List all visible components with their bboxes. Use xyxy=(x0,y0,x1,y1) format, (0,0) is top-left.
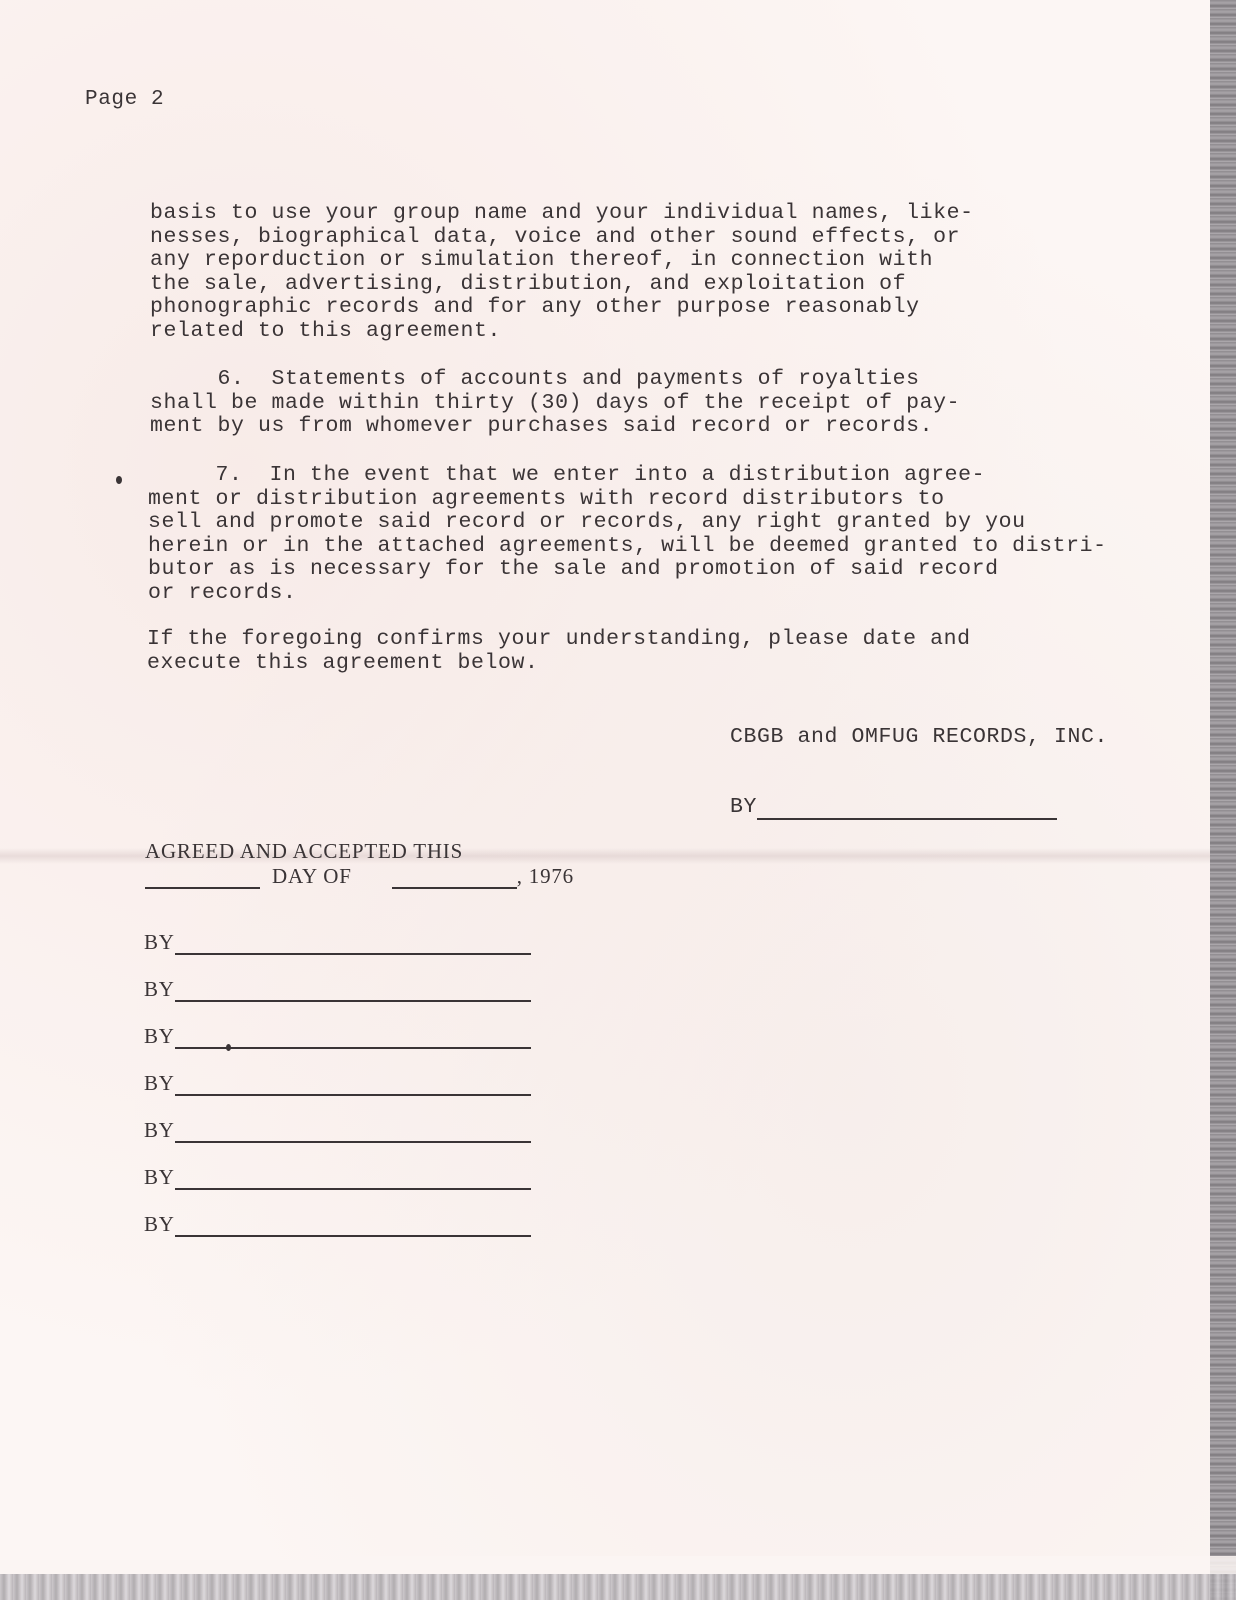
acceptance-date-row: DAY OF , 1976 xyxy=(145,864,574,889)
company-by-label: BY xyxy=(730,796,757,820)
signature-row[interactable]: BY xyxy=(144,1190,531,1237)
paragraph-6: 6. Statements of accounts and payments o… xyxy=(150,368,960,439)
signature-by-label: BY xyxy=(144,977,175,1002)
scan-edge-right xyxy=(1210,0,1236,1600)
signature-row[interactable]: BY xyxy=(144,1096,531,1143)
margin-dot-mark xyxy=(116,476,122,484)
agreed-accepted-label: AGREED AND ACCEPTED THIS xyxy=(145,840,463,864)
signature-by-label: BY xyxy=(144,1118,175,1143)
stray-dot-mark xyxy=(226,1044,231,1051)
signature-field[interactable] xyxy=(175,1170,531,1190)
scan-edge-bottom xyxy=(0,1556,1236,1600)
signature-by-label: BY xyxy=(144,930,175,955)
signature-by-label: BY xyxy=(144,1165,175,1190)
signature-field[interactable] xyxy=(175,935,531,955)
signature-by-label: BY xyxy=(144,1024,175,1049)
signature-by-label: BY xyxy=(144,1071,175,1096)
signature-row[interactable]: BY xyxy=(144,1049,531,1096)
company-signature-field[interactable] xyxy=(757,800,1057,820)
page-number: Page 2 xyxy=(85,88,164,112)
signature-by-label: BY xyxy=(144,1212,175,1237)
day-of-label: DAY OF xyxy=(272,864,352,889)
paragraph-continued: basis to use your group name and your in… xyxy=(150,202,974,343)
signature-list: BYBYBYBYBYBYBY xyxy=(144,908,531,1237)
signature-field[interactable] xyxy=(175,1076,531,1096)
signature-row[interactable]: BY xyxy=(144,1143,531,1190)
signature-row[interactable]: BY xyxy=(144,955,531,1002)
paragraph-7: 7. In the event that we enter into a dis… xyxy=(148,464,1107,605)
company-name: CBGB and OMFUG RECORDS, INC. xyxy=(730,726,1108,750)
signature-row[interactable]: BY xyxy=(144,1002,531,1049)
day-field[interactable] xyxy=(145,869,260,889)
signature-row[interactable]: BY xyxy=(144,908,531,955)
company-signature-line[interactable]: BY xyxy=(730,796,1057,820)
signature-field[interactable] xyxy=(175,1123,531,1143)
signature-field[interactable] xyxy=(175,1217,531,1237)
month-field[interactable] xyxy=(392,869,517,889)
confirmation-paragraph: If the foregoing confirms your understan… xyxy=(147,628,971,675)
year-label: , 1976 xyxy=(517,864,574,889)
signature-field[interactable] xyxy=(175,982,531,1002)
